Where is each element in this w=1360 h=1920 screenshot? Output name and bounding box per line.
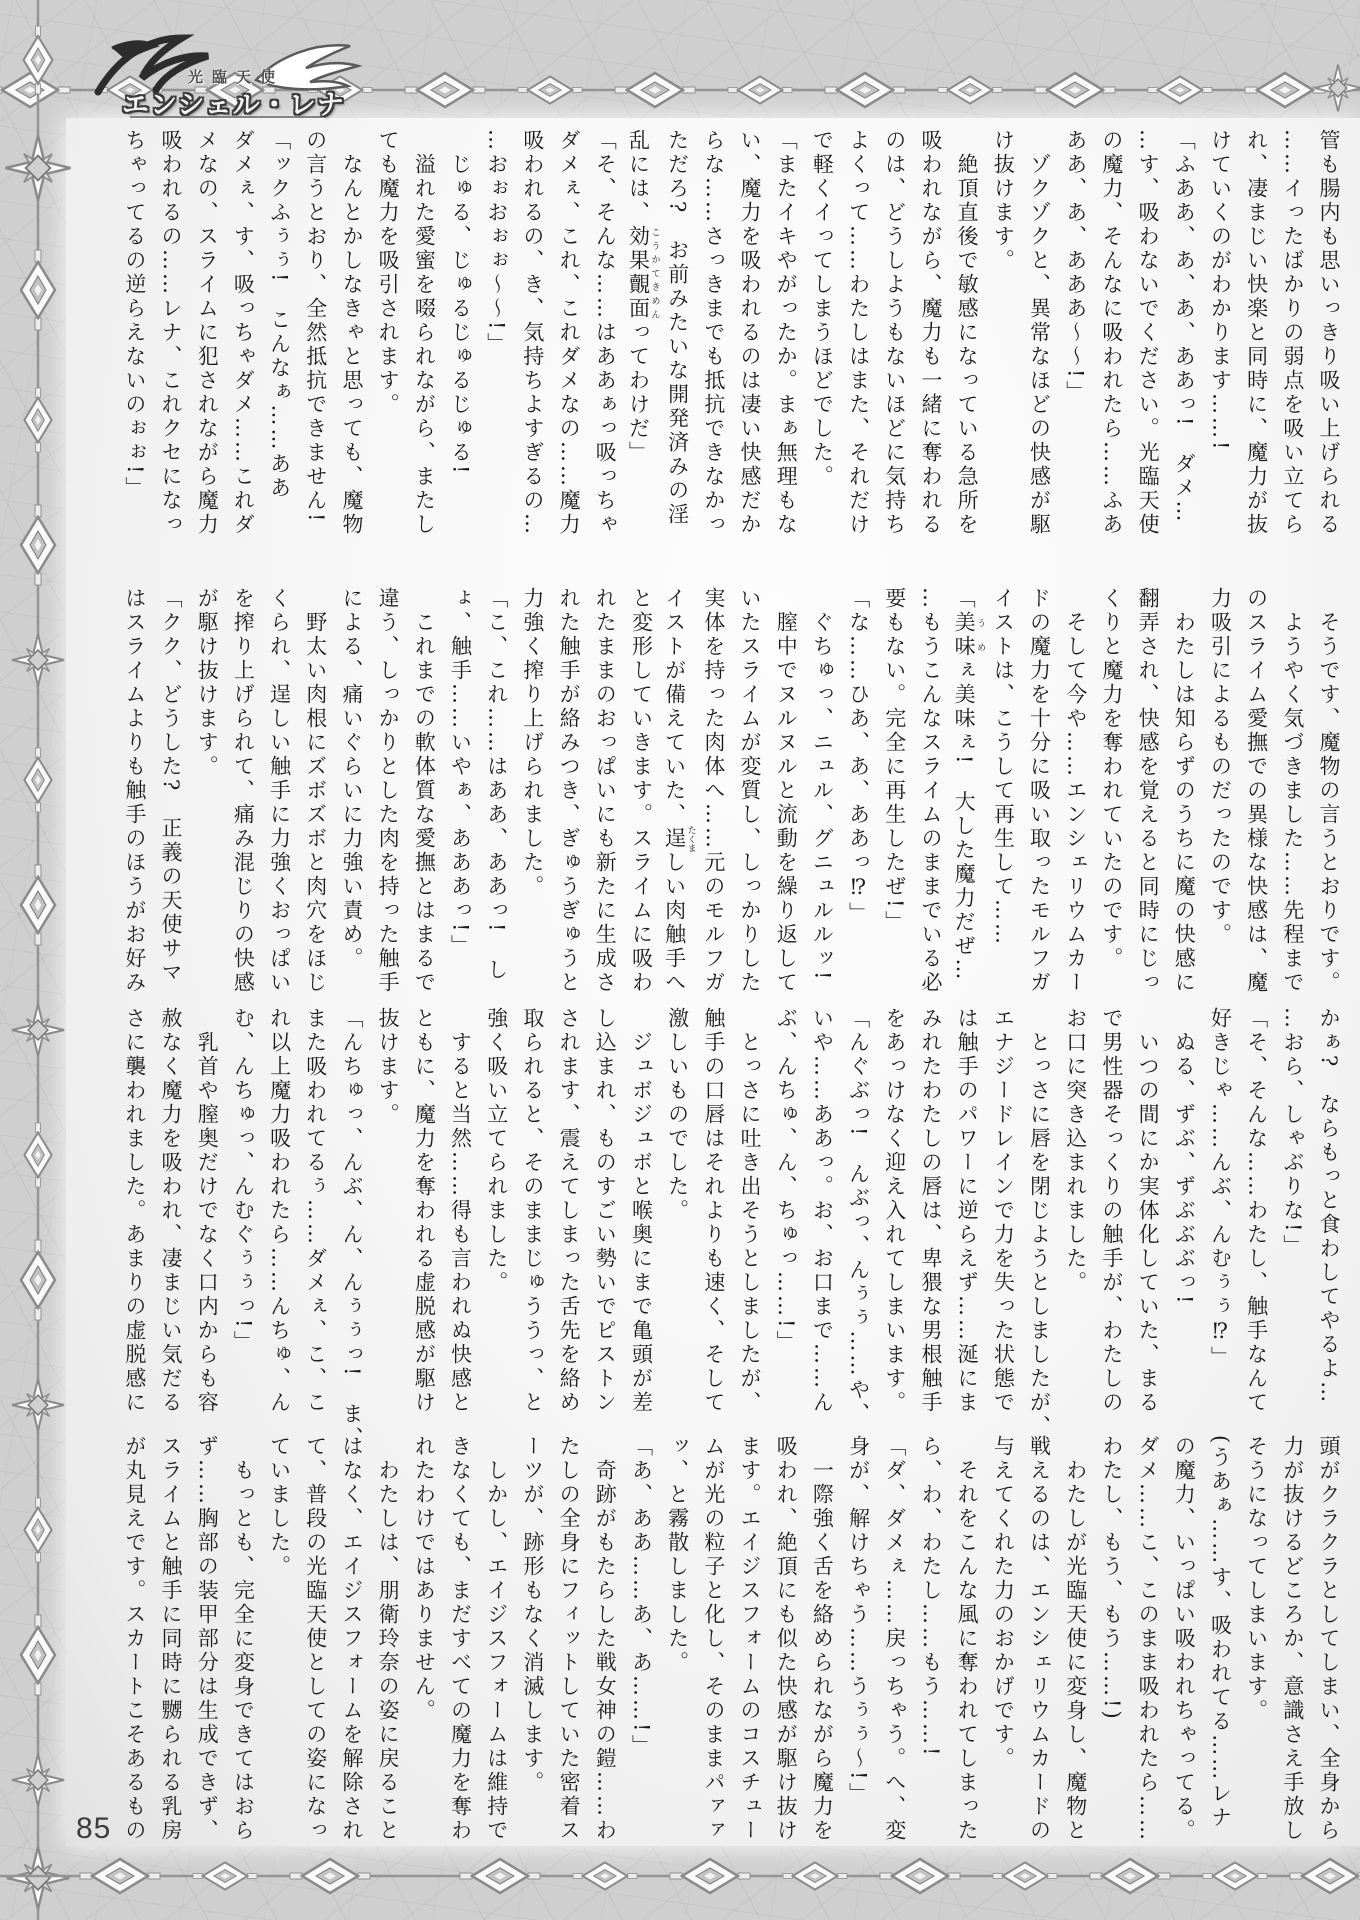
text-column: をあっけなく迎え入れてしまいます。 bbox=[877, 1007, 913, 1459]
text-column: …す、吸わないでください。光臨天使 bbox=[1130, 129, 1166, 581]
text-column: とっさに吐き出そうとしましたが、 bbox=[732, 1007, 768, 1459]
text-column: もっとも、完全に変身できてはおら bbox=[225, 1435, 261, 1887]
text-column: ダメぇ、す、吸っちゃダメ……これダ bbox=[225, 129, 261, 581]
text-column: れ以上魔力吸われたら……んちゅ、ん bbox=[261, 1007, 297, 1459]
text-column: たしの全身にフィットしていた密着ス bbox=[551, 1435, 587, 1887]
text-column: 膣中でヌルヌルと流動を繰り返して bbox=[768, 587, 804, 1039]
text-column: れたわけではありません。 bbox=[406, 1435, 442, 1887]
text-column: ジュボジュボと喉奥にまで亀頭が差 bbox=[623, 1007, 659, 1459]
text-column: 戦えるのは、エンシェリウムカードの bbox=[1021, 1435, 1057, 1887]
text-column: わたしは、朋衛玲奈の姿に戻ること bbox=[370, 1435, 406, 1887]
text-column: 「あ、ああ……あ、あ……!」 bbox=[623, 1435, 659, 1887]
text-column: ます。エイジスフォームのコスチュー bbox=[732, 1435, 768, 1887]
text-column: 管も腸内も思いっきり吸い上げられる bbox=[1311, 129, 1347, 581]
text-column: は触手のパワーに逆らえず……涎にま bbox=[949, 1007, 985, 1459]
text-column: の言うとおり、全然抵抗できません! bbox=[298, 129, 334, 581]
text-band-1: 管も腸内も思いっきり吸い上げられる……イったばかりの弱点を吸い立てられ、凄まじい… bbox=[117, 129, 1347, 581]
text-column: 一際強く舌を絡められながら魔力を bbox=[804, 1435, 840, 1887]
text-column: で男性器そっくりの触手が、わたしの bbox=[1094, 1007, 1130, 1459]
text-column: 取られると、そのままじゅううっ、と bbox=[515, 1007, 551, 1459]
text-column: 頭がクラクラとしてしまい、全身から bbox=[1311, 1435, 1347, 1887]
text-column: ても魔力を吸引されます。 bbox=[370, 129, 406, 581]
text-column: 力が抜けるどころか、意識さえ手放し bbox=[1275, 1435, 1311, 1887]
text-column: による、痛いぐらいに力強い責め。 bbox=[334, 587, 370, 1039]
text-column: 激しいものでした。 bbox=[659, 1007, 695, 1459]
text-column: ようやく気づきました……先程まで bbox=[1275, 587, 1311, 1039]
text-column: 「んちゅっ、んぶ、ん、んぅぅっ! ま、 bbox=[334, 1007, 370, 1459]
text-column: 赦なく魔力を吸われ、凄まじい気だる bbox=[153, 1007, 189, 1459]
text-column: お口に突き込まれました。 bbox=[1058, 1007, 1094, 1459]
text-column: これまでの軟体質な愛撫とはまるで bbox=[406, 587, 442, 1039]
left-border-ornament bbox=[0, 0, 72, 1920]
text-column: さに襲われました。あまりの虚脱感に bbox=[117, 1007, 153, 1459]
text-column: らな……さっきまでも抵抗できなかっ bbox=[696, 129, 732, 581]
text-column: ず……胸部の装甲部分は生成できず、 bbox=[189, 1435, 225, 1887]
text-column: のは、どうしようもないほどに気持ち bbox=[877, 129, 913, 581]
text-column: ッ、と霧散しました。 bbox=[659, 1435, 695, 1887]
text-band-4: 頭がクラクラとしてしまい、全身から力が抜けるどころか、意識さえ手放しそうになって… bbox=[117, 1435, 1347, 1887]
text-column: はなく、エイジスフォームを解除され bbox=[334, 1435, 370, 1887]
text-column: ダメぇ、これ、これダメなの……魔力 bbox=[551, 129, 587, 581]
text-column: 溢れた愛蜜を啜られながら、またし bbox=[406, 129, 442, 581]
text-column: 身が、解けちゃう……うぅぅ〜!」 bbox=[840, 1435, 876, 1887]
text-column: わたし、もう、もう……!) bbox=[1094, 1435, 1130, 1887]
text-column: れ、凄まじい快楽と同時に、魔力が抜 bbox=[1238, 129, 1274, 581]
text-column: かぁ? ならもっと食わしてやるよ… bbox=[1311, 1007, 1347, 1459]
text-column: …もうこんなスライムのままでいる必 bbox=[913, 587, 949, 1039]
text-column: 「ックふぅぅ! こんなぁ……ああ bbox=[261, 129, 297, 581]
text-column: されます、震えてしまった舌先を絡め bbox=[551, 1007, 587, 1459]
text-column: 「こ、これ……はああ、ああっ! し bbox=[479, 587, 515, 1039]
text-column: 「な……ひあ、あ、ああっ⁉」 bbox=[840, 587, 876, 1039]
text-column: ダメ……こ、このまま吸われたら…… bbox=[1130, 1435, 1166, 1887]
text-column: ……イったばかりの弱点を吸い立てら bbox=[1275, 129, 1311, 581]
text-column: イストが備えていた、逞たくましい肉触手へ bbox=[659, 587, 695, 1039]
text-column: 野太い肉根にズボズボと肉穴をほじ bbox=[298, 587, 334, 1039]
text-column: れたままのおっぱいにも新たに生成さ bbox=[587, 587, 623, 1039]
text-column: ら、わ、わたし……もう……! bbox=[913, 1435, 949, 1887]
text-column: いたスライムが変質し、しっかりした bbox=[732, 587, 768, 1039]
text-column: とっさに唇を閉じようとしましたが、 bbox=[1021, 1007, 1057, 1459]
text-column: イストは、こうして再生して…… bbox=[985, 587, 1021, 1039]
text-column: し込まれ、ものすごい勢いでピストン bbox=[587, 1007, 623, 1459]
text-column: 「んぐぶっ! んぶっ、んぅぅ……や、 bbox=[840, 1007, 876, 1459]
text-column: い、魔力を吸われるのは凄い快感だか bbox=[732, 129, 768, 581]
text-column: て、普段の光臨天使としての姿になっ bbox=[298, 1435, 334, 1887]
text-column: で軽くイってしまうほどでした。 bbox=[804, 129, 840, 581]
text-column: わたしが光臨天使に変身し、魔物と bbox=[1058, 1435, 1094, 1887]
text-column: 力強く搾り上げられました。 bbox=[515, 587, 551, 1039]
text-column: ムが光の粒子と化し、そのままパァァ bbox=[696, 1435, 732, 1887]
text-column: ただろ? お前みたいな開発済みの淫 bbox=[659, 129, 695, 581]
text-column: それをこんな風に奪われてしまった bbox=[949, 1435, 985, 1887]
text-column: の魔力、いっぱい吸われちゃってる。 bbox=[1166, 1435, 1202, 1887]
text-column: 触手の口唇はそれよりも速く、そして bbox=[696, 1007, 732, 1459]
text-column: 乳首や膣奥だけでなく口内からも容 bbox=[189, 1007, 225, 1459]
text-column: ああ、あ、あああ〜〜!」 bbox=[1058, 129, 1094, 581]
text-column: ドの魔力を十分に吸い取ったモルフガ bbox=[1021, 587, 1057, 1039]
text-column: ゾクゾクと、異常なほどの快感が駆 bbox=[1021, 129, 1057, 581]
logo-subtitle-line bbox=[130, 116, 320, 118]
text-column: そうです、魔物の言うとおりです。 bbox=[1311, 587, 1347, 1039]
text-column: くられ、逞しい触手に力強くおっぱい bbox=[261, 587, 297, 1039]
text-column: スライムと触手に同時に嬲られる乳房 bbox=[153, 1435, 189, 1887]
text-column: 好きじゃ……んぶ、んむぅぅ⁉」 bbox=[1202, 1007, 1238, 1459]
text-column: 乱には、効果覿面こうかてきめんってわけだ」 bbox=[623, 129, 659, 581]
text-column: 要もない。完全に再生したぜ!」 bbox=[877, 587, 913, 1039]
text-column: 吸われるの、き、気持ちよすぎるの… bbox=[515, 129, 551, 581]
text-column: のスライム愛撫での異様な快感は、魔 bbox=[1238, 587, 1274, 1039]
text-column: なんとかしなきゃと思っても、魔物 bbox=[334, 129, 370, 581]
text-column: ぬる、ずぶ、ずぶぶぶっ! bbox=[1166, 1007, 1202, 1459]
text-column: くりと魔力を奪われていたのです。 bbox=[1094, 587, 1130, 1039]
text-column: 翻弄され、快感を覚えると同時にじっ bbox=[1130, 587, 1166, 1039]
text-band-3: かぁ? ならもっと食わしてやるよ……おら、しゃぶりな!」「そ、そんな……わたし、… bbox=[117, 1007, 1347, 1459]
series-logo: 光臨天使 エンシェル・レナ bbox=[78, 28, 378, 124]
text-column: しかし、エイジスフォームは維持で bbox=[479, 1435, 515, 1887]
text-column: ともに、魔力を奪われる虚脱感が駆け bbox=[406, 1007, 442, 1459]
text-column: 「ふああ、あ、あ、ああっ! ダメ… bbox=[1166, 129, 1202, 581]
text-column: 「美味うめぇ美味ぇ! 大した魔力だぜ… bbox=[949, 587, 985, 1039]
text-column: じゅる、じゅるじゅるじゅる! bbox=[442, 129, 478, 581]
text-column: 「ダ、ダメぇ……戻っちゃう。へ、変 bbox=[877, 1435, 913, 1887]
text-column: ていました。 bbox=[261, 1435, 297, 1887]
text-column: …おら、しゃぶりな!」 bbox=[1275, 1007, 1311, 1459]
text-column: け抜けます。 bbox=[985, 129, 1021, 581]
text-column: 「またイキやがったか。まぁ無理もな bbox=[768, 129, 804, 581]
text-column: ーツが、跡形もなく消滅します。 bbox=[515, 1435, 551, 1887]
text-column: みれたわたしの唇は、卑猥な男根触手 bbox=[913, 1007, 949, 1459]
text-column: いつの間にか実体化していた、まる bbox=[1130, 1007, 1166, 1459]
text-column: と変形していきます。スライムに吸わ bbox=[623, 587, 659, 1039]
text-column: 与えてくれた力のおかげです。 bbox=[985, 1435, 1021, 1887]
text-column: が丸見えです。スカートこそあるもの bbox=[117, 1435, 153, 1887]
text-column: ぐちゅっ、ニュル、グニュルルッ! bbox=[804, 587, 840, 1039]
text-column: わたしは知らずのうちに魔の快感に bbox=[1166, 587, 1202, 1039]
text-column: ょ、触手……いやぁ、あああっ!」 bbox=[442, 587, 478, 1039]
text-column: む、んちゅっ、んむぐぅぅっ!」 bbox=[225, 1007, 261, 1459]
text-column: きなくても、まだすべての魔力を奪わ bbox=[442, 1435, 478, 1887]
text-column: 奇跡がもたらした戦女神の鎧……わ bbox=[587, 1435, 623, 1887]
text-column: 違う、しっかりとした肉を持った触手 bbox=[370, 587, 406, 1039]
text-column: エナジードレインで力を失った状態で bbox=[985, 1007, 1021, 1459]
text-column: の魔力、そんなに吸われたら……ふあ bbox=[1094, 129, 1130, 581]
text-column: 絶頂直後で敏感になっている急所を bbox=[949, 129, 985, 581]
text-column: すると当然……得も言われぬ快感と bbox=[442, 1007, 478, 1459]
text-column: ぶ、んちゅ、ん、ちゅっ……!」 bbox=[768, 1007, 804, 1459]
text-column: そして今や……エンシェリウムカー bbox=[1058, 587, 1094, 1039]
text-column: いや……ああっ。お、お口まで……ん bbox=[804, 1007, 840, 1459]
text-column: そうになってしまいます。 bbox=[1238, 1435, 1274, 1887]
text-column: 吸われ、絶頂にも似た快感が駆け抜け bbox=[768, 1435, 804, 1887]
text-column: …おぉおぉぉ〜〜!」 bbox=[479, 129, 515, 581]
text-column: 抜けます。 bbox=[370, 1007, 406, 1459]
text-column: メなの、スライムに犯されながら魔力 bbox=[189, 129, 225, 581]
text-column: を搾り上げられて、痛み混じりの快感 bbox=[225, 587, 261, 1039]
text-column: 吸われるの……レナ、これクセになっ bbox=[153, 129, 189, 581]
text-column: れた触手が絡みつき、ぎゅうぎゅうと bbox=[551, 587, 587, 1039]
text-column: 「そ、そんな……わたし、触手なんて bbox=[1238, 1007, 1274, 1459]
text-column: ちゃってるの逆らえないのぉぉ!」 bbox=[117, 129, 153, 581]
text-band-2: そうです、魔物の言うとおりです。 ようやく気づきました……先程までのスライム愛撫… bbox=[117, 587, 1347, 1039]
text-column: が駆け抜けます。 bbox=[189, 587, 225, 1039]
text-column: 強く吸い立てられました。 bbox=[479, 1007, 515, 1459]
text-column: はスライムよりも触手のほうがお好み bbox=[117, 587, 153, 1039]
page-number: 85 bbox=[76, 1812, 111, 1846]
text-column: よくって……わたしはまた、それだけ bbox=[840, 129, 876, 581]
text-column: 吸われながら、魔力も一緒に奪われる bbox=[913, 129, 949, 581]
text-column: また吸われてるぅ……ダメぇ、こ、こ bbox=[298, 1007, 334, 1459]
text-column: 「そ、そんな……はああぁっ吸っちゃ bbox=[587, 129, 623, 581]
text-column: 力吸引によるものだったのです。 bbox=[1202, 587, 1238, 1039]
text-column: けていくのがわかります……! bbox=[1202, 129, 1238, 581]
text-column: 「クク、どうした? 正義の天使サマ bbox=[153, 587, 189, 1039]
text-column: 実体を持った肉体へ……元のモルフガ bbox=[696, 587, 732, 1039]
text-column: (うあぁ……す、吸われてる……レナ bbox=[1202, 1435, 1238, 1887]
